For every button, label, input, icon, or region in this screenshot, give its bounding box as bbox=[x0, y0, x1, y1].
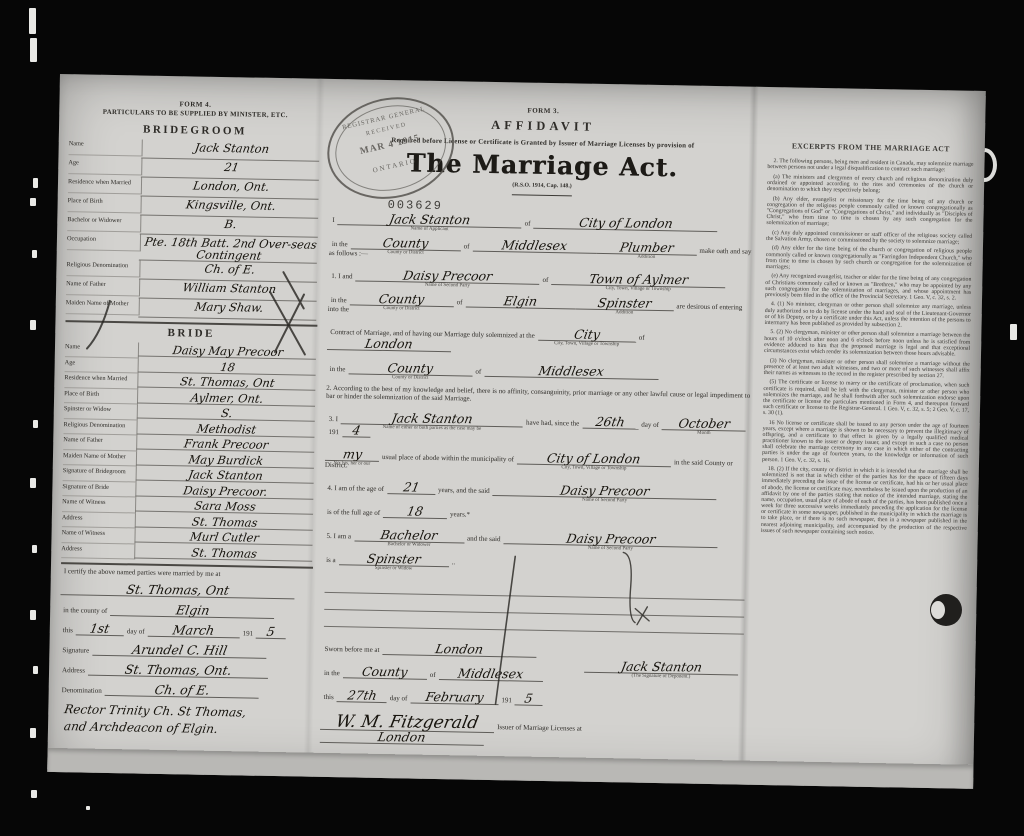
blank-caption: City, Town, Village or Township bbox=[561, 465, 626, 471]
field-label: Maiden Name of Mother bbox=[63, 450, 137, 467]
printed-text: 1. I and bbox=[328, 272, 355, 280]
filled-blank: St. Thomas, Ont bbox=[60, 582, 294, 599]
field-label: Place of Birth bbox=[67, 195, 141, 213]
printed-text: in the bbox=[327, 365, 349, 373]
printed-text: 3. I bbox=[326, 415, 341, 423]
field-label: Maiden Name of Mother bbox=[66, 297, 140, 315]
handwritten-text: Town of Aylmer bbox=[588, 273, 689, 286]
certify-intro: I certify the above named parties were m… bbox=[61, 567, 313, 580]
field-value: Sara Moss bbox=[135, 497, 315, 514]
film-artifact bbox=[33, 420, 38, 428]
printed-text: day of bbox=[387, 694, 411, 702]
printed-text: in the bbox=[328, 296, 350, 304]
certify-county: in the county ofElgin bbox=[60, 602, 312, 620]
field-row: AddressSt. Thomas bbox=[61, 543, 313, 563]
filled-blank: 21 bbox=[387, 481, 435, 495]
printed-text: this bbox=[60, 626, 76, 634]
field-row: Maiden Name of MotherMary Shaw. bbox=[66, 297, 318, 321]
printed-text: of bbox=[472, 368, 484, 376]
field-label: Address bbox=[62, 512, 136, 529]
filled-blank: St. Thomas, Ont. bbox=[88, 663, 268, 679]
filled-blank: 26th bbox=[582, 416, 638, 430]
printed-text: Address bbox=[59, 666, 88, 675]
excerpt-paragraph: 18. (2) If the city, county or district … bbox=[761, 466, 968, 537]
film-artifact bbox=[86, 806, 90, 810]
handwritten-text: City of London bbox=[578, 217, 674, 230]
form4-page: FORM 4. PARTICULARS TO BE SUPPLIED BY MI… bbox=[58, 74, 322, 753]
bridegroom-fields: NameJack StantonAge21Residence when Marr… bbox=[66, 138, 321, 321]
field-value: Murl Cutler bbox=[134, 528, 314, 545]
field-label: Residence when Married bbox=[68, 176, 142, 194]
printed-text: I bbox=[329, 216, 337, 224]
blank-caption: County or District bbox=[387, 250, 423, 256]
handwritten-text: County bbox=[382, 237, 430, 249]
handwritten-text: Jack Stanton bbox=[620, 661, 703, 674]
sworn-line: Sworn before me atLondon bbox=[321, 641, 584, 659]
excerpts-title: EXCERPTS FROM THE MARRIAGE ACT bbox=[765, 141, 977, 154]
item4-line: 4. I am of the age of21years, and the sa… bbox=[324, 480, 748, 501]
printed-text: in the county of bbox=[60, 606, 110, 615]
handwritten-text: Spinster bbox=[597, 297, 653, 309]
printed-text: in the bbox=[329, 240, 351, 248]
handwritten-text: 5 bbox=[524, 693, 534, 705]
minister-note: Rector Trinity Ch. St Thomas, bbox=[63, 702, 311, 720]
blank-caption: Addition bbox=[637, 254, 655, 259]
filled-blank: SpinsterAddition bbox=[575, 296, 673, 311]
divider bbox=[512, 194, 572, 196]
printed-text: 4. I am of the age of bbox=[324, 484, 387, 493]
printed-text: have had, since the bbox=[523, 419, 582, 428]
filled-blank: OctoberMonth bbox=[662, 417, 746, 432]
handwritten-text: Daisy Precoor bbox=[402, 270, 493, 283]
sworn-section: Sworn before me atLondon in theCountyofM… bbox=[320, 641, 745, 721]
blank-caption: City, Town, Village or Township bbox=[606, 286, 671, 292]
printed-text: and the said bbox=[464, 534, 504, 543]
excerpt-paragraph: 2. The following persons, being men and … bbox=[767, 158, 973, 174]
field-label: Bachelor or Widower bbox=[67, 214, 141, 232]
printed-text: this bbox=[321, 693, 337, 701]
item5-line: 5. I am aBachelorBachelor or Widowerand … bbox=[323, 528, 747, 549]
printed-text: Denomination bbox=[59, 686, 105, 695]
filled-blank: London bbox=[320, 730, 484, 746]
film-artifact bbox=[1010, 324, 1017, 340]
blank-caption: No, his, her or our bbox=[334, 461, 371, 467]
handwritten-text: County bbox=[378, 293, 426, 305]
item3-line: 3. IJack StantonName of either or both p… bbox=[325, 411, 749, 445]
handwritten-text: October bbox=[677, 418, 730, 430]
field-value: Daisy Precoor. bbox=[135, 482, 315, 499]
filled-blank: 18 bbox=[383, 505, 447, 519]
field-label: Age bbox=[68, 157, 142, 175]
film-artifact bbox=[30, 198, 36, 206]
field-value: Daisy May Precoor bbox=[138, 343, 318, 360]
handwritten-text: 1st bbox=[89, 623, 111, 635]
filled-blank: 5 bbox=[256, 626, 286, 640]
excerpt-paragraph: (5) The certificate or license to marry … bbox=[763, 379, 970, 420]
item1-line: in theCountyCounty or DistrictofElginSpi… bbox=[328, 292, 752, 321]
filled-blank: London bbox=[327, 337, 451, 352]
handwritten-text: Bachelor bbox=[380, 529, 439, 542]
bride-fields: NameDaisy May PrecoorAge18Residence when… bbox=[61, 341, 317, 563]
excerpt-paragraph: 16 No license or certificate shall be is… bbox=[762, 420, 969, 467]
filled-blank: Ch. of E. bbox=[105, 683, 259, 699]
blank-caption: County or District bbox=[392, 375, 428, 381]
filled-blank: London bbox=[382, 642, 536, 658]
handwritten-text: Jack Stanton bbox=[388, 213, 471, 226]
excerpt-paragraph: (d) Any elder for the time being of the … bbox=[766, 245, 972, 273]
document-scan: FORM 4. PARTICULARS TO BE SUPPLIED BY MI… bbox=[47, 74, 986, 789]
printed-text: day of bbox=[124, 627, 148, 635]
filled-blank: 1st bbox=[76, 622, 124, 636]
handwritten-text: City of London bbox=[546, 452, 642, 465]
handwritten-text: my bbox=[341, 448, 362, 460]
handwritten-text: Daisy Precoor bbox=[559, 485, 650, 498]
filled-blank: Middlesex bbox=[439, 667, 543, 682]
field-value: St. Thomas, Ont bbox=[137, 374, 317, 391]
certification-section: I certify the above named parties were m… bbox=[58, 562, 313, 738]
item1-line: Contract of Marriage, and of having our … bbox=[327, 324, 751, 358]
printed-text: years, and the said bbox=[435, 486, 493, 495]
handwritten-text: 21 bbox=[402, 481, 420, 493]
filled-blank: March bbox=[148, 624, 240, 639]
field-value: Mary Shaw. bbox=[138, 299, 319, 321]
item5-line: is aSpinsterSpinster or Widow.. bbox=[323, 552, 747, 573]
film-artifact bbox=[33, 666, 38, 674]
field-label: Signature of Bride bbox=[62, 481, 136, 498]
filled-blank: 27th bbox=[337, 689, 387, 703]
filled-blank: 5 bbox=[515, 692, 543, 706]
blank-caption: Name of Second Party bbox=[425, 282, 470, 288]
certify-denomination: DenominationCh. of E. bbox=[59, 682, 311, 700]
printed-text: of bbox=[522, 219, 534, 227]
filled-blank: CountyCounty or District bbox=[348, 361, 472, 376]
blank-caption: (The Signature of Deponent.) bbox=[631, 673, 690, 679]
excerpt-paragraph: (a) The ministers and clergymen of every… bbox=[767, 174, 973, 196]
field-label: Name bbox=[69, 138, 143, 156]
deponent-signature: Jack Stanton(The Signature of Deponent.) bbox=[583, 646, 745, 721]
field-value: St. Thomas bbox=[134, 544, 314, 561]
field-label: Residence when Married bbox=[64, 372, 138, 389]
handwritten-text: March bbox=[172, 624, 216, 636]
field-label: Place of Birth bbox=[64, 388, 138, 405]
handwritten-text: County bbox=[361, 666, 409, 678]
field-label: Religious Denomination bbox=[63, 419, 137, 436]
blank-caption: Name of Second Party bbox=[588, 545, 633, 551]
film-artifact bbox=[32, 545, 37, 553]
field-value: St. Thomas bbox=[135, 513, 315, 530]
filled-blank: County bbox=[343, 665, 427, 680]
handwritten-text: St. Thomas, Ont bbox=[125, 584, 230, 597]
filled-blank: City of LondonCity, Town, Village or Tow… bbox=[517, 451, 671, 467]
printed-text: of bbox=[636, 334, 648, 342]
issuer-signature-line: W. M. FitzgeraldIssuer of Marriage Licen… bbox=[320, 713, 744, 751]
printed-text: .. bbox=[449, 558, 459, 566]
printed-text: of bbox=[539, 276, 551, 284]
field-label: Spinster or Widow bbox=[64, 403, 138, 420]
excerpt-paragraph: 4. (1) No minister, clergyman or other p… bbox=[764, 301, 970, 329]
handwritten-text: Daisy Precoor bbox=[565, 533, 656, 546]
filled-blank: 4 bbox=[342, 424, 370, 438]
filled-blank: Elgin bbox=[465, 294, 575, 309]
filled-blank: myNo, his, her or our bbox=[325, 448, 379, 462]
printed-text: 191 bbox=[325, 428, 342, 436]
affidavit-page: REGISTRAR GENERAL RECEIVED MAR 4 1915 ON… bbox=[316, 79, 760, 761]
filled-blank: CountyCounty or District bbox=[351, 236, 461, 251]
handwritten-text: Jack Stanton bbox=[391, 413, 474, 426]
filled-blank: SpinsterSpinster or Widow bbox=[339, 552, 449, 567]
excerpts-body: 2. The following persons, being men and … bbox=[758, 158, 977, 538]
blank-caption: Addition bbox=[615, 310, 633, 315]
item4-line: is of the full age of18years.* bbox=[324, 504, 748, 525]
printed-text: in the bbox=[321, 669, 343, 677]
film-artifact bbox=[31, 790, 37, 798]
printed-text: Issuer of Marriage Licenses at bbox=[494, 723, 585, 733]
field-label: Occupation bbox=[67, 233, 141, 251]
printed-text: Signature bbox=[59, 646, 92, 655]
field-label: Signature of Bridegroom bbox=[63, 465, 137, 482]
handwritten-text: Spinster bbox=[366, 553, 422, 565]
opening-line: IJack StantonName of ApplicantofCity of … bbox=[329, 212, 753, 233]
field-value: Pte. 18th Batt. 2nd Over-seas Contingent bbox=[139, 235, 321, 264]
field-label: Name of Witness bbox=[62, 496, 136, 513]
filled-blank: BachelorBachelor or Widower bbox=[354, 528, 464, 543]
opening-line: in theCountyCounty or DistrictofMiddlese… bbox=[329, 236, 753, 265]
certify-address: AddressSt. Thomas, Ont. bbox=[59, 662, 311, 680]
printed-text: is of the full age of bbox=[324, 508, 383, 517]
item2-paragraph: 2. According to the best of my knowledge… bbox=[326, 385, 750, 409]
film-artifact bbox=[29, 8, 36, 34]
printed-text: 191 bbox=[240, 629, 257, 637]
certify-signature: SignatureArundel C. Hill bbox=[59, 642, 311, 660]
handwritten-text: County bbox=[387, 362, 435, 374]
bridegroom-heading: BRIDEGROOM bbox=[69, 122, 321, 139]
filled-blank: Middlesex bbox=[484, 364, 658, 380]
certify-place: St. Thomas, Ont bbox=[60, 582, 312, 600]
excerpt-paragraph: (c) Any duly appointed commissioner or s… bbox=[766, 230, 972, 246]
film-artifact bbox=[30, 38, 37, 62]
sworn-line: in theCountyofMiddlesex bbox=[321, 665, 584, 683]
field-value: 18 bbox=[138, 358, 318, 375]
filled-blank: Jack StantonName of Applicant bbox=[338, 212, 522, 228]
film-artifact bbox=[30, 320, 36, 330]
field-value: Aylmer, Ont. bbox=[137, 389, 317, 406]
field-label: Name of Witness bbox=[61, 527, 135, 544]
printed-text: usual place of abode within the municipa… bbox=[379, 453, 517, 464]
minister-note: and Archdeacon of Elgin. bbox=[63, 719, 311, 737]
filled-blank: Jack Stanton(The Signature of Deponent.) bbox=[584, 660, 738, 676]
filled-blank: CityCity, Town, Village or Township bbox=[538, 328, 636, 343]
field-value: Methodist bbox=[136, 420, 316, 437]
handwritten-text: Middlesex bbox=[457, 668, 524, 681]
filled-blank: Daisy PrecoorName of Second Party bbox=[503, 531, 717, 548]
microfilm-background: FORM 4. PARTICULARS TO BE SUPPLIED BY MI… bbox=[0, 0, 1024, 836]
printed-text: 5. I am a bbox=[324, 532, 355, 541]
handwritten-text: 4 bbox=[351, 424, 361, 436]
filled-blank: Arundel C. Hill bbox=[92, 643, 266, 659]
blank-caption: Bachelor or Widower bbox=[387, 542, 430, 548]
film-artifact bbox=[30, 728, 36, 738]
item1-line: 1. I andDaisy PrecoorName of Second Part… bbox=[328, 268, 752, 289]
filled-blank: City of London bbox=[533, 216, 717, 232]
handwritten-text: 27th bbox=[346, 690, 377, 702]
film-artifact bbox=[32, 250, 37, 258]
punch-hole bbox=[930, 594, 962, 626]
printed-text: years.* bbox=[447, 510, 473, 518]
handwritten-text: February bbox=[424, 691, 484, 704]
blank-caption: Name of either or both parties as the ca… bbox=[383, 424, 482, 431]
filled-blank: CountyCounty or District bbox=[350, 292, 454, 307]
blank-caption: County or District bbox=[383, 305, 419, 311]
blank-caption: City, Town, Village or Township bbox=[554, 341, 619, 347]
filled-blank: PlumberAddition bbox=[596, 241, 696, 256]
field-label: Religious Denomination bbox=[66, 259, 140, 277]
blank-caption: Spinster or Widow bbox=[375, 565, 413, 571]
excerpt-paragraph: 5. (2) No clergyman, minister or other p… bbox=[764, 329, 970, 357]
filled-blank: Daisy PrecoorName of Second Party bbox=[355, 268, 539, 284]
handwritten-text: Middlesex bbox=[501, 239, 568, 252]
field-label: Age bbox=[65, 357, 139, 374]
field-label: Address bbox=[61, 543, 135, 560]
printed-text: is a bbox=[323, 556, 339, 564]
excerpt-paragraph: (e) Any recognized evangelist, teacher o… bbox=[765, 273, 971, 301]
field-label: Name of Father bbox=[63, 434, 137, 451]
film-artifact bbox=[33, 178, 38, 188]
excerpt-paragraph: (3) No clergyman, minister or other pers… bbox=[764, 357, 970, 379]
bride-heading: BRIDE bbox=[65, 320, 317, 342]
affidavit-body: IJack StantonName of ApplicantofCity of … bbox=[316, 212, 758, 761]
filled-blank: Elgin bbox=[110, 603, 274, 619]
sworn-line: this27thday ofFebruary1915 bbox=[321, 689, 584, 707]
film-artifact bbox=[30, 610, 36, 620]
handwritten-text: 5 bbox=[266, 626, 276, 638]
handwritten-text: Elgin bbox=[175, 604, 210, 616]
field-value: S. bbox=[137, 405, 317, 422]
excerpts-page: EXCERPTS FROM THE MARRIAGE ACT 2. The fo… bbox=[754, 87, 978, 765]
filled-blank: February bbox=[410, 691, 498, 706]
printed-text: 191 bbox=[498, 696, 515, 704]
handwritten-text: London bbox=[364, 338, 414, 350]
handwritten-text: London bbox=[435, 643, 485, 655]
printed-text: day of bbox=[638, 421, 662, 429]
handwritten-text: 26th bbox=[595, 416, 626, 428]
field-value: May Burdick bbox=[136, 451, 316, 468]
filled-blank: Town of AylmerCity, Town, Village or Tow… bbox=[551, 272, 725, 288]
filled-blank: Middlesex bbox=[472, 239, 596, 254]
certify-date: this1stday ofMarch1915 bbox=[60, 622, 312, 640]
blank-caption: Name of Second Party bbox=[582, 497, 627, 503]
printed-text: Sworn before me at bbox=[321, 645, 382, 654]
filled-blank: Daisy PrecoorName of Second Party bbox=[493, 483, 717, 500]
handwritten-text: London bbox=[377, 731, 427, 743]
field-value: Jack Stanton bbox=[136, 466, 316, 483]
blank-caption: Name of Applicant bbox=[411, 226, 449, 232]
printed-text: of bbox=[461, 242, 473, 250]
item3-line: myNo, his, her or ourusual place of abod… bbox=[325, 448, 749, 477]
handwritten-text: City bbox=[573, 329, 601, 341]
handwritten-text: Elgin bbox=[503, 295, 538, 307]
handwritten-text: Ch. of E. bbox=[153, 684, 210, 696]
field-label: Name of Father bbox=[66, 278, 140, 296]
printed-text: of bbox=[454, 298, 466, 306]
field-label: Name bbox=[65, 341, 139, 358]
printed-text: I certify the above named parties were m… bbox=[61, 567, 224, 578]
item1-line: in theCountyCounty or DistrictofMiddlese… bbox=[327, 361, 751, 382]
blank-caption: Month bbox=[697, 430, 710, 435]
handwritten-text: St. Thomas, Ont. bbox=[124, 664, 233, 677]
handwritten-text: Arundel C. Hill bbox=[131, 644, 228, 657]
field-value: Frank Precoor bbox=[136, 435, 316, 452]
handwritten-text: Middlesex bbox=[538, 365, 605, 378]
sworn-left: Sworn before me atLondon in theCountyofM… bbox=[320, 641, 584, 718]
film-artifact bbox=[30, 478, 36, 488]
handwritten-text: 18 bbox=[406, 506, 424, 518]
handwritten-text: Plumber bbox=[619, 242, 675, 254]
printed-text: of bbox=[427, 671, 439, 679]
excerpt-paragraph: (b) Any elder, evangelist or missionary … bbox=[766, 196, 973, 231]
